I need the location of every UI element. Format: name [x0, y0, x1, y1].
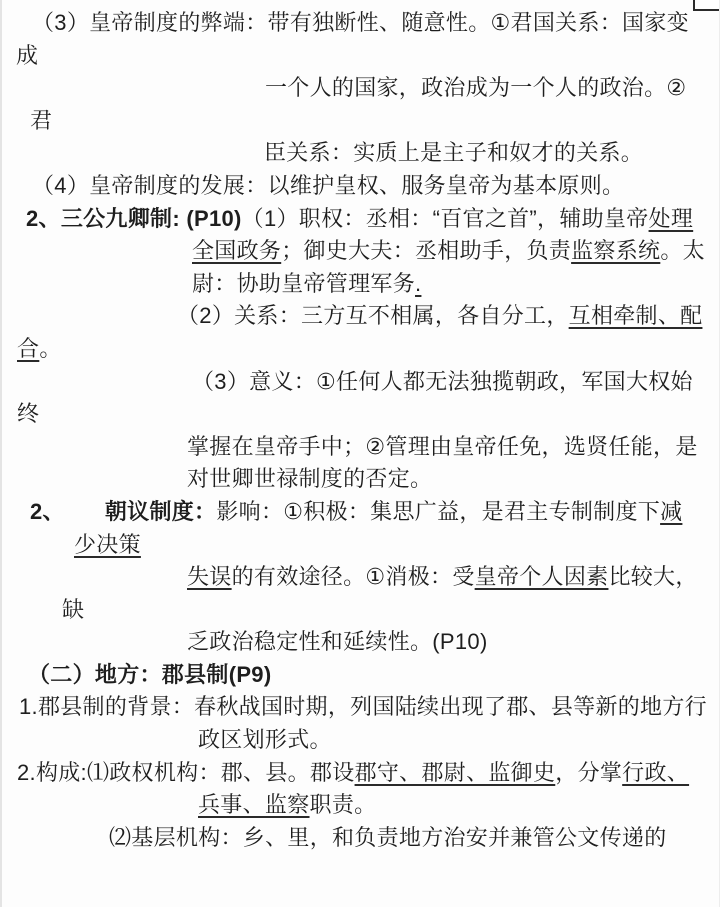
- text-segment: 君: [30, 108, 52, 133]
- section-heading: （二）地方：郡县制(P9): [28, 662, 271, 687]
- text-segment: （1）职权：丞相：“百官之首”，辅助皇帝: [242, 206, 649, 231]
- text-segment: 。太: [660, 238, 705, 263]
- text-segment: 影响：①积极：集思广益，是君主专制制度下: [216, 499, 660, 524]
- text-line: 掌握在皇帝手中；②管理由皇帝任免，选贤任能，是: [187, 431, 719, 464]
- underlined-text: 皇帝个人因素: [475, 564, 609, 589]
- text-line: 终: [17, 398, 719, 431]
- section-heading-line: （二）地方：郡县制(P9): [28, 659, 719, 692]
- underlined-text: 郡守、郡尉、监御史: [355, 760, 556, 785]
- text-segment: 。: [39, 336, 61, 361]
- document-page: （3）皇帝制度的弊端：带有独断性、随意性。①君国关系：国家变 成 一个人的国家，…: [0, 0, 720, 907]
- text-line: （4）皇帝制度的发展：以维护皇权、服务皇帝为基本原则。: [32, 170, 719, 203]
- underlined-text: .: [415, 271, 421, 296]
- text-line: 对世卿世禄制度的否定。: [187, 463, 719, 496]
- text-segment: ，分掌: [555, 760, 622, 785]
- text-segment: 乏政治稳定性和延续性。(P10): [187, 629, 488, 654]
- underlined-text: 处理: [649, 206, 694, 231]
- text-segment: （3）皇帝制度的弊端：带有独断性、随意性。①君国关系：国家变: [32, 10, 689, 35]
- section-heading-line: 2、朝议制度：影响：①积极：集思广益，是君主专制制度下减: [30, 496, 719, 529]
- section-heading: 朝议制度：: [105, 499, 217, 524]
- section-number: 2、: [30, 499, 65, 524]
- section-heading-line: 2、三公九卿制: (P10)（1）职权：丞相：“百官之首”，辅助皇帝处理: [26, 203, 719, 236]
- text-segment: 缺: [62, 597, 84, 622]
- text-segment: 成: [16, 43, 38, 68]
- text-segment: 2.构成:⑴政权机构：郡、县。郡设: [17, 760, 355, 785]
- text-line: ⑵基层机构：乡、里，和负责地方治安并兼管公文传递的: [109, 822, 719, 855]
- text-segment: 1.郡县制的背景：春秋战国时期，列国陆续出现了郡、县等新的地方行: [19, 694, 707, 719]
- underlined-text: 监察系统: [571, 238, 660, 263]
- text-line: （2）关系：三方互不相属，各自分工，互相牵制、配: [177, 300, 719, 333]
- text-line: 一个人的国家，政治成为一个人的政治。②: [265, 72, 719, 105]
- text-line: 少决策: [74, 529, 719, 562]
- text-segment: （3）意义：①任何人都无法独揽朝政，军国大权始: [192, 369, 693, 394]
- text-segment: ；御史大夫：丞相助手，负责: [281, 238, 571, 263]
- text-line: 尉：协助皇帝管理军务.: [192, 268, 719, 301]
- text-segment: 对世卿世禄制度的否定。: [187, 466, 432, 491]
- text-line: 缺: [62, 594, 719, 627]
- underlined-text: 行政、: [622, 760, 689, 785]
- text-line: 兵事、监察职责。: [198, 789, 719, 822]
- section-heading: 2、三公九卿制: (P10): [26, 206, 242, 231]
- text-segment: 尉：协助皇帝管理军务: [192, 271, 415, 296]
- text-line: 失误的有效途径。①消极：受皇帝个人因素比较大，: [187, 561, 719, 594]
- underlined-text: 失误: [187, 564, 232, 589]
- text-segment: 一个人的国家，政治成为一个人的政治。②: [265, 75, 686, 100]
- underlined-text: 减: [660, 499, 682, 524]
- text-segment: 掌握在皇帝手中；②管理由皇帝任免，选贤任能，是: [187, 434, 698, 459]
- underlined-text: 合: [17, 336, 39, 361]
- text-segment: 终: [17, 401, 39, 426]
- text-segment: （2）关系：三方互不相属，各自分工，: [177, 303, 569, 328]
- text-line: （3）皇帝制度的弊端：带有独断性、随意性。①君国关系：国家变: [32, 7, 719, 40]
- text-line: 合。: [17, 333, 719, 366]
- underlined-text: 兵事、监察: [198, 792, 310, 817]
- text-line: 2.构成:⑴政权机构：郡、县。郡设郡守、郡尉、监御史，分掌行政、: [17, 757, 719, 790]
- text-segment: 的有效途径。①消极：受: [232, 564, 475, 589]
- text-line: 全国政务；御史大夫：丞相助手，负责监察系统。太: [192, 235, 719, 268]
- text-segment: ⑵基层机构：乡、里，和负责地方治安并兼管公文传递的: [109, 825, 667, 850]
- text-segment: 职责。: [310, 792, 377, 817]
- notes-text-block: （3）皇帝制度的弊端：带有独断性、随意性。①君国关系：国家变 成 一个人的国家，…: [2, 0, 719, 854]
- text-segment: 臣关系：实质上是主子和奴才的关系。: [264, 140, 643, 165]
- text-segment: 比较大，: [608, 564, 697, 589]
- underlined-text: 互相牵制、配: [569, 303, 703, 328]
- text-line: 政区划形式。: [198, 724, 719, 757]
- text-line: 乏政治稳定性和延续性。(P10): [187, 626, 719, 659]
- text-line: 臣关系：实质上是主子和奴才的关系。: [264, 137, 719, 170]
- text-segment: （4）皇帝制度的发展：以维护皇权、服务皇帝为基本原则。: [32, 173, 624, 198]
- text-line: （3）意义：①任何人都无法独揽朝政，军国大权始: [192, 366, 719, 399]
- underlined-text: 少决策: [74, 532, 141, 557]
- text-line: 君: [30, 105, 719, 138]
- underlined-text: 全国政务: [192, 238, 281, 263]
- text-line: 1.郡县制的背景：春秋战国时期，列国陆续出现了郡、县等新的地方行: [19, 691, 719, 724]
- corner-frame-mark: [693, 0, 720, 11]
- text-line: 成: [16, 40, 719, 73]
- text-segment: 政区划形式。: [198, 727, 332, 752]
